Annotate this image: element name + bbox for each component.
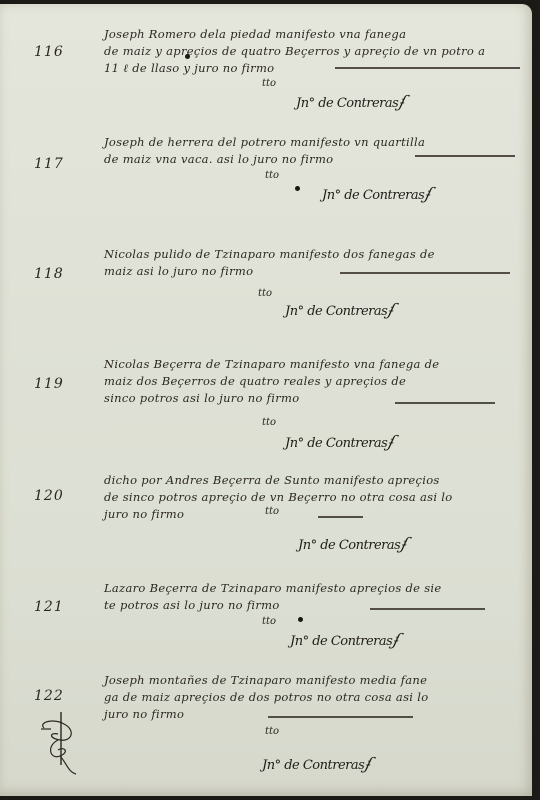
entry-number: 121 (34, 599, 64, 615)
entry-line: sinco potros asi lo juro no firmo (104, 390, 514, 407)
signature: Jn° de Contrerasʄ (285, 432, 395, 451)
entry-number: 122 (34, 688, 64, 704)
entry-line: ga de maiz apreçios de dos potros no otr… (104, 689, 514, 706)
line-filler-rule (268, 716, 413, 718)
witness-mark: tto (262, 78, 276, 89)
witness-mark: tto (262, 417, 276, 428)
entry-number: 120 (34, 488, 64, 504)
signature: Jn° de Contrerasʄ (296, 92, 406, 111)
entry-text: Joseph de herrera del potrero manifesto … (104, 134, 514, 168)
rubric-flourish-icon: ʄ (364, 754, 375, 773)
signature-text: Jn° de Contreras (285, 436, 387, 451)
line-filler-rule (335, 67, 520, 69)
manuscript-page: 116 Joseph Romero dela piedad manifesto … (0, 4, 532, 796)
entry-number: 119 (34, 376, 64, 392)
ink-blot (185, 54, 190, 59)
entry-line: Nicolas Beçerra de Tzinaparo manifesto v… (104, 356, 514, 373)
rubric-flourish-icon: ʄ (387, 300, 398, 319)
rubric-flourish-icon: ʄ (424, 184, 435, 203)
rubric-flourish-icon: ʄ (387, 432, 398, 451)
entry-text: Nicolas pulido de Tzinaparo manifesto do… (104, 246, 514, 280)
signature-text: Jn° de Contreras (262, 758, 364, 773)
rubric-flourish-icon: ʄ (392, 630, 403, 649)
entry-text: Nicolas Beçerra de Tzinaparo manifesto v… (104, 356, 514, 407)
entry-line: te potros asi lo juro no firmo (104, 597, 514, 614)
witness-mark: tto (262, 616, 276, 627)
entry-line: 11 ℓ de llaso y juro no firmo (104, 60, 514, 77)
entry-number: 116 (34, 44, 64, 60)
margin-rubric-icon (36, 710, 86, 784)
entry-text: dicho por Andres Beçerra de Sunto manife… (104, 472, 514, 523)
witness-mark: tto (258, 288, 272, 299)
signature-text: Jn° de Contreras (285, 304, 387, 319)
entry-line: juro no firmo (104, 706, 514, 723)
entry-number: 117 (34, 156, 64, 172)
signature-text: Jn° de Contreras (298, 538, 400, 553)
rubric-flourish-icon: ʄ (398, 92, 409, 111)
signature-text: Jn° de Contreras (296, 96, 398, 111)
line-filler-rule (318, 516, 363, 518)
line-filler-rule (415, 155, 515, 157)
entry-line: Joseph Romero dela piedad manifesto vna … (104, 26, 514, 43)
witness-mark: tto (265, 506, 279, 517)
signature-text: Jn° de Contreras (290, 634, 392, 649)
entry-number: 118 (34, 266, 64, 282)
signature: Jn° de Contrerasʄ (262, 754, 372, 773)
entry-line: de maiz y apreçios de quatro Beçerros y … (104, 43, 514, 60)
signature: Jn° de Contrerasʄ (290, 630, 400, 649)
entry-line: Lazaro Beçerra de Tzinaparo manifesto ap… (104, 580, 514, 597)
entry-line: dicho por Andres Beçerra de Sunto manife… (104, 472, 514, 489)
signature: Jn° de Contrerasʄ (298, 534, 408, 553)
ink-blot (295, 186, 300, 191)
entry-line: de sinco potros apreçio de vn Beçerro no… (104, 489, 514, 506)
entry-line: maiz dos Beçerros de quatro reales y apr… (104, 373, 514, 390)
witness-mark: tto (265, 170, 279, 181)
signature: Jn° de Contrerasʄ (322, 184, 432, 203)
rubric-flourish-icon: ʄ (400, 534, 411, 553)
ink-blot (298, 617, 303, 622)
entry-line: Nicolas pulido de Tzinaparo manifesto do… (104, 246, 514, 263)
line-filler-rule (370, 608, 485, 610)
witness-mark: tto (265, 726, 279, 737)
signature-text: Jn° de Contreras (322, 188, 424, 203)
entry-text: Joseph Romero dela piedad manifesto vna … (104, 26, 514, 77)
line-filler-rule (340, 272, 510, 274)
entry-line: de maiz vna vaca. asi lo juro no firmo (104, 151, 514, 168)
signature: Jn° de Contrerasʄ (285, 300, 395, 319)
entry-line: Joseph de herrera del potrero manifesto … (104, 134, 514, 151)
entry-line: juro no firmo (104, 506, 514, 523)
entry-line: Joseph montañes de Tzinaparo manifesto m… (104, 672, 514, 689)
line-filler-rule (395, 402, 495, 404)
